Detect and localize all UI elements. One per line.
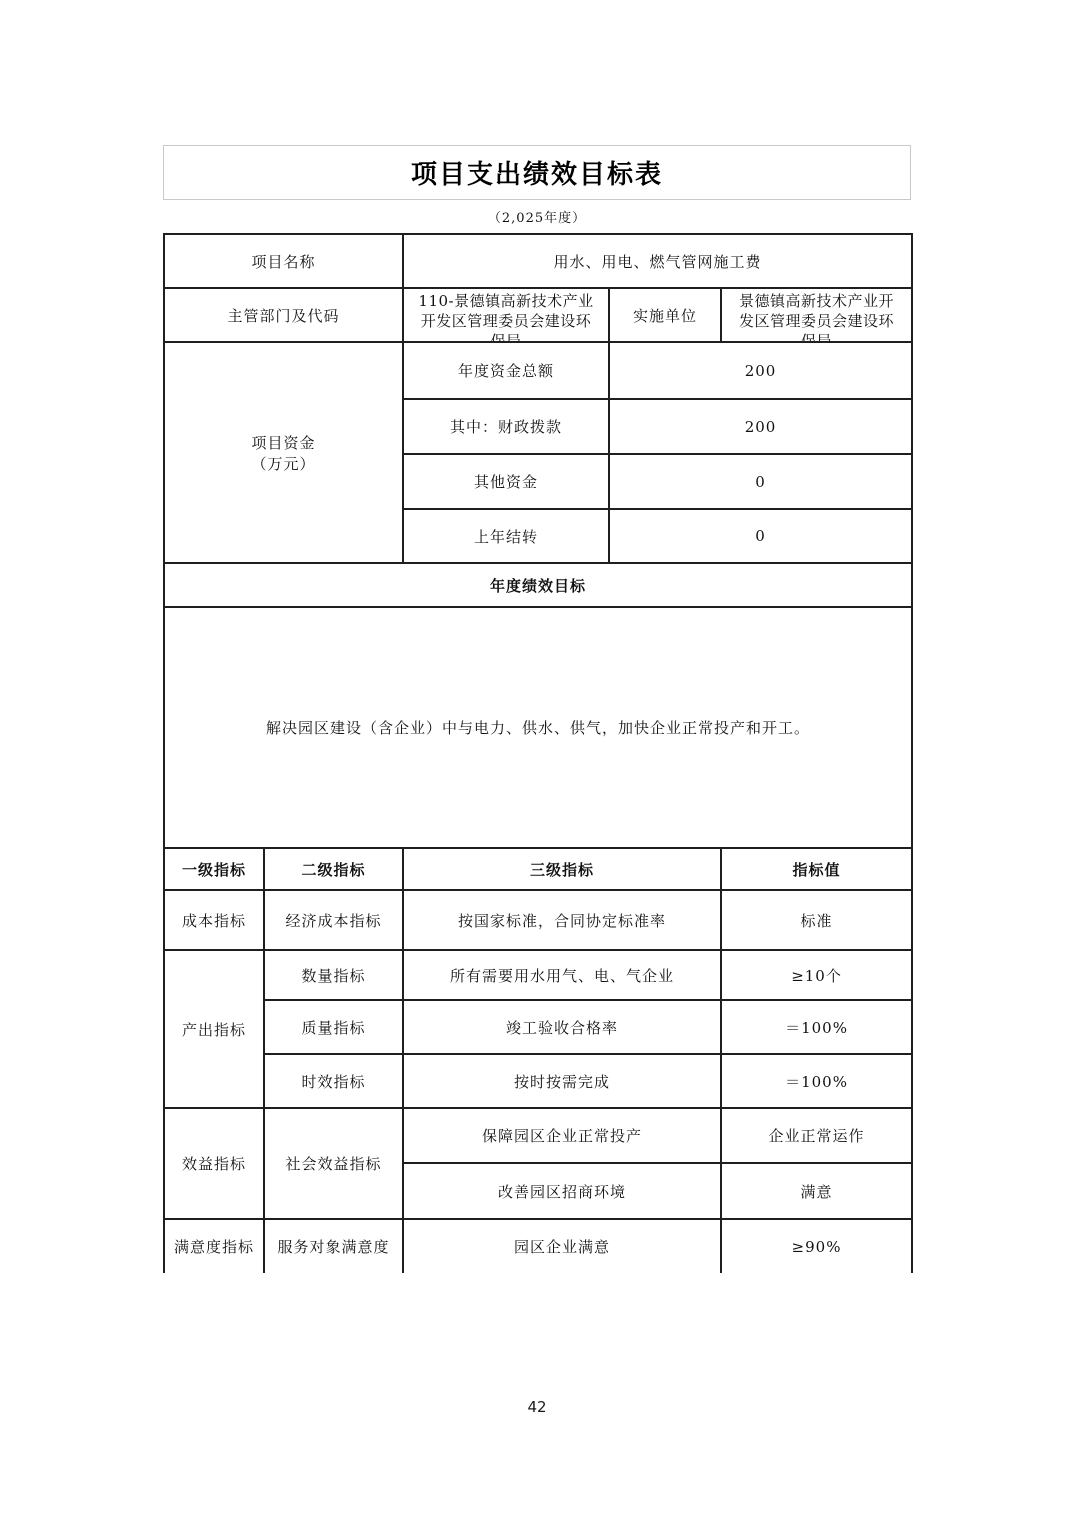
benefit-level1: 效益指标 [164,1108,264,1219]
department-value-text: 110-景德镇高新技术产业 开发区管理委员会建设环 保局 [408,289,604,341]
funds-fiscal-value: 200 [609,399,912,454]
page-subtitle: （2,025年度） [488,207,586,226]
satisfaction-level3: 园区企业满意 [403,1219,721,1273]
project-name-value: 用水、用电、燃气管网施工费 [403,234,912,288]
output-timeliness-level2: 时效指标 [264,1054,403,1108]
satisfaction-value: ≥90% [721,1219,912,1273]
output-quantity-level2: 数量指标 [264,950,403,1000]
department-label: 主管部门及代码 [164,288,403,342]
title-box: 项目支出绩效目标表 [163,145,911,200]
benefit-environment-level3: 改善园区招商环境 [403,1163,721,1219]
annual-goal-header: 年度绩效目标 [164,563,912,607]
document-page: 项目支出绩效目标表 （2,025年度） 项目名称 用水、用电、燃气管网施工费 主… [0,0,1074,1520]
funds-carryover-label: 上年结转 [403,509,609,563]
output-quality-row: 质量指标 竣工验收合格率 ＝100% [164,1000,912,1054]
project-name-label: 项目名称 [164,234,403,288]
cost-value: 标准 [721,890,912,950]
funds-other-label: 其他资金 [403,454,609,509]
annual-goal-text: 解决园区建设（含企业）中与电力、供水、供气，加快企业正常投产和开工。 [164,607,912,848]
benefit-production-value: 企业正常运作 [721,1108,912,1163]
output-quantity-row: 产出指标 数量指标 所有需要用水用气、电、气企业 ≥10个 [164,950,912,1000]
satisfaction-level1: 满意度指标 [164,1219,264,1273]
benefit-production-row: 效益指标 社会效益指标 保障园区企业正常投产 企业正常运作 [164,1108,912,1163]
performance-target-sheet: 项目支出绩效目标表 （2,025年度） 项目名称 用水、用电、燃气管网施工费 主… [163,145,911,1273]
cost-level1: 成本指标 [164,890,264,950]
funds-row-total: 项目资金 （万元） 年度资金总额 200 [164,342,912,399]
output-level1: 产出指标 [164,950,264,1108]
output-quantity-level3: 所有需要用水用气、电、气企业 [403,950,721,1000]
annual-goal-header-row: 年度绩效目标 [164,563,912,607]
project-funds-label: 项目资金 （万元） [164,342,403,563]
cost-level2: 经济成本指标 [264,890,403,950]
output-quality-value: ＝100% [721,1000,912,1054]
output-quality-level3: 竣工验收合格率 [403,1000,721,1054]
benefit-level2: 社会效益指标 [264,1108,403,1219]
output-timeliness-value: ＝100% [721,1054,912,1108]
output-quality-level2: 质量指标 [264,1000,403,1054]
benefit-production-level3: 保障园区企业正常投产 [403,1108,721,1163]
funds-total-value: 200 [609,342,912,399]
indicator-header-level2: 二级指标 [264,848,403,890]
output-timeliness-level3: 按时按需完成 [403,1054,721,1108]
subtitle-box: （2,025年度） [163,200,911,233]
department-value: 110-景德镇高新技术产业 开发区管理委员会建设环 保局 [403,288,609,342]
cost-level3: 按国家标准，合同协定标准率 [403,890,721,950]
satisfaction-row: 满意度指标 服务对象满意度 园区企业满意 ≥90% [164,1219,912,1273]
indicator-header-row: 一级指标 二级指标 三级指标 指标值 [164,848,912,890]
page-number: 42 [0,1398,1074,1416]
performance-target-table: 项目名称 用水、用电、燃气管网施工费 主管部门及代码 110-景德镇高新技术产业… [163,233,913,1273]
indicator-header-level3: 三级指标 [403,848,721,890]
funds-other-value: 0 [609,454,912,509]
satisfaction-level2: 服务对象满意度 [264,1219,403,1273]
implementing-unit-label: 实施单位 [609,288,721,342]
indicator-header-value: 指标值 [721,848,912,890]
funds-total-label: 年度资金总额 [403,342,609,399]
implementing-unit-value: 景德镇高新技术产业开 发区管理委员会建设环 保局 [721,288,912,342]
output-timeliness-row: 时效指标 按时按需完成 ＝100% [164,1054,912,1108]
benefit-environment-value: 满意 [721,1163,912,1219]
page-title: 项目支出绩效目标表 [411,154,663,191]
indicator-header-level1: 一级指标 [164,848,264,890]
project-name-row: 项目名称 用水、用电、燃气管网施工费 [164,234,912,288]
output-quantity-value: ≥10个 [721,950,912,1000]
implementing-unit-value-text: 景德镇高新技术产业开 发区管理委员会建设环 保局 [726,289,907,341]
annual-goal-row: 解决园区建设（含企业）中与电力、供水、供气，加快企业正常投产和开工。 [164,607,912,848]
cost-indicator-row: 成本指标 经济成本指标 按国家标准，合同协定标准率 标准 [164,890,912,950]
funds-carryover-value: 0 [609,509,912,563]
funds-fiscal-label: 其中：财政拨款 [403,399,609,454]
department-row: 主管部门及代码 110-景德镇高新技术产业 开发区管理委员会建设环 保局 实施单… [164,288,912,342]
